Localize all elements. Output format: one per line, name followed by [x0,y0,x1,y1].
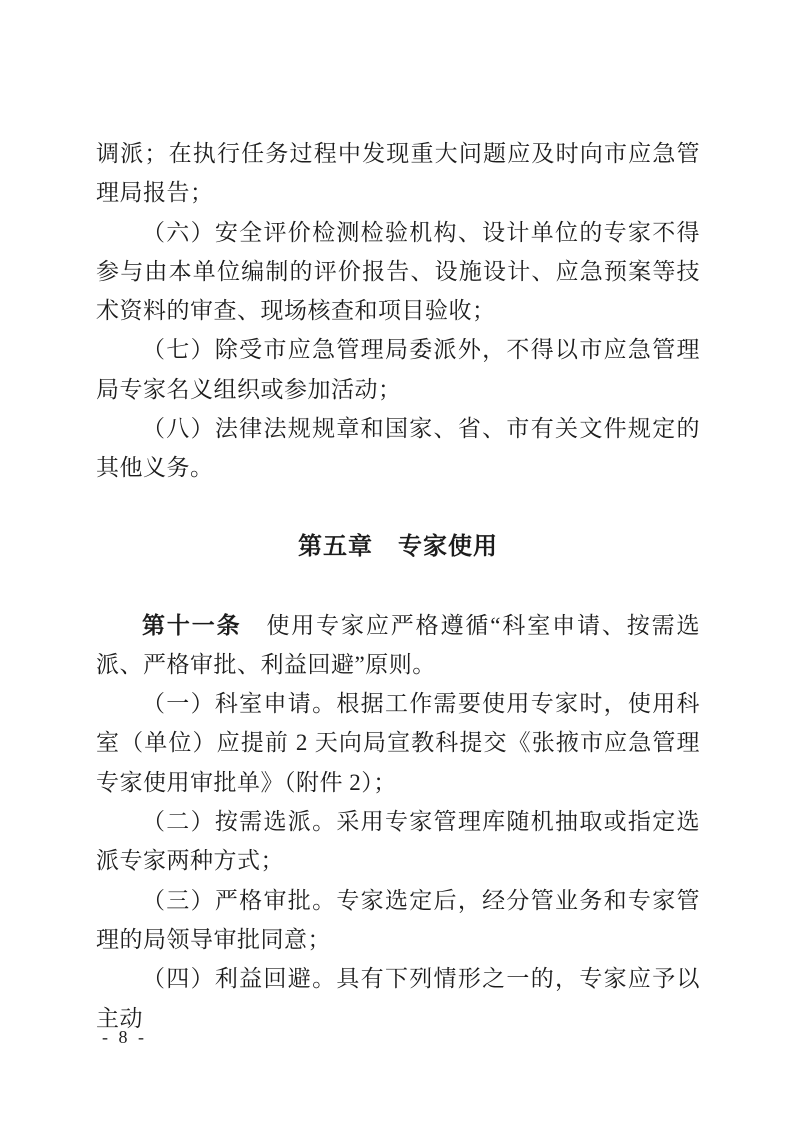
para-usage-item-4: （四）利益回避。具有下列情形之一的，专家应予以主动 [96,959,700,1038]
para-obligation-item-8: （八）法律法规规章和国家、省、市有关文件规定的其他义务。 [96,409,700,488]
chapter-5-heading: 第五章 专家使用 [96,527,700,566]
para-usage-item-1: （一）科室申请。根据工作需要使用专家时，使用科室（单位）应提前 2 天向局宣教科… [96,684,700,802]
para-obligation-item-7: （七）除受市应急管理局委派外，不得以市应急管理局专家名义组织或参加活动； [96,330,700,409]
para-obligation-item-6: （六）安全评价检测检验机构、设计单位的专家不得参与由本单位编制的评价报告、设施设… [96,213,700,331]
page-number: - 8 - [102,1026,147,1048]
article-11-number: 第十一条 [142,613,242,638]
para-usage-item-3: （三）严格审批。专家选定后，经分管业务和专家管理的局领导审批同意； [96,881,700,960]
para-usage-item-2: （二）按需选派。采用专家管理库随机抽取或指定选派专家两种方式； [96,802,700,881]
document-page: 调派；在执行任务过程中发现重大问题应及时向市应急管理局报告； （六）安全评价检测… [0,0,794,1123]
document-body: 调派；在执行任务过程中发现重大问题应及时向市应急管理局报告； （六）安全评价检测… [96,134,700,1038]
para-article-11: 第十一条 使用专家应严格遵循“科室申请、按需选派、严格审批、利益回避”原则。 [96,606,700,685]
para-continuation: 调派；在执行任务过程中发现重大问题应及时向市应急管理局报告； [96,134,700,213]
